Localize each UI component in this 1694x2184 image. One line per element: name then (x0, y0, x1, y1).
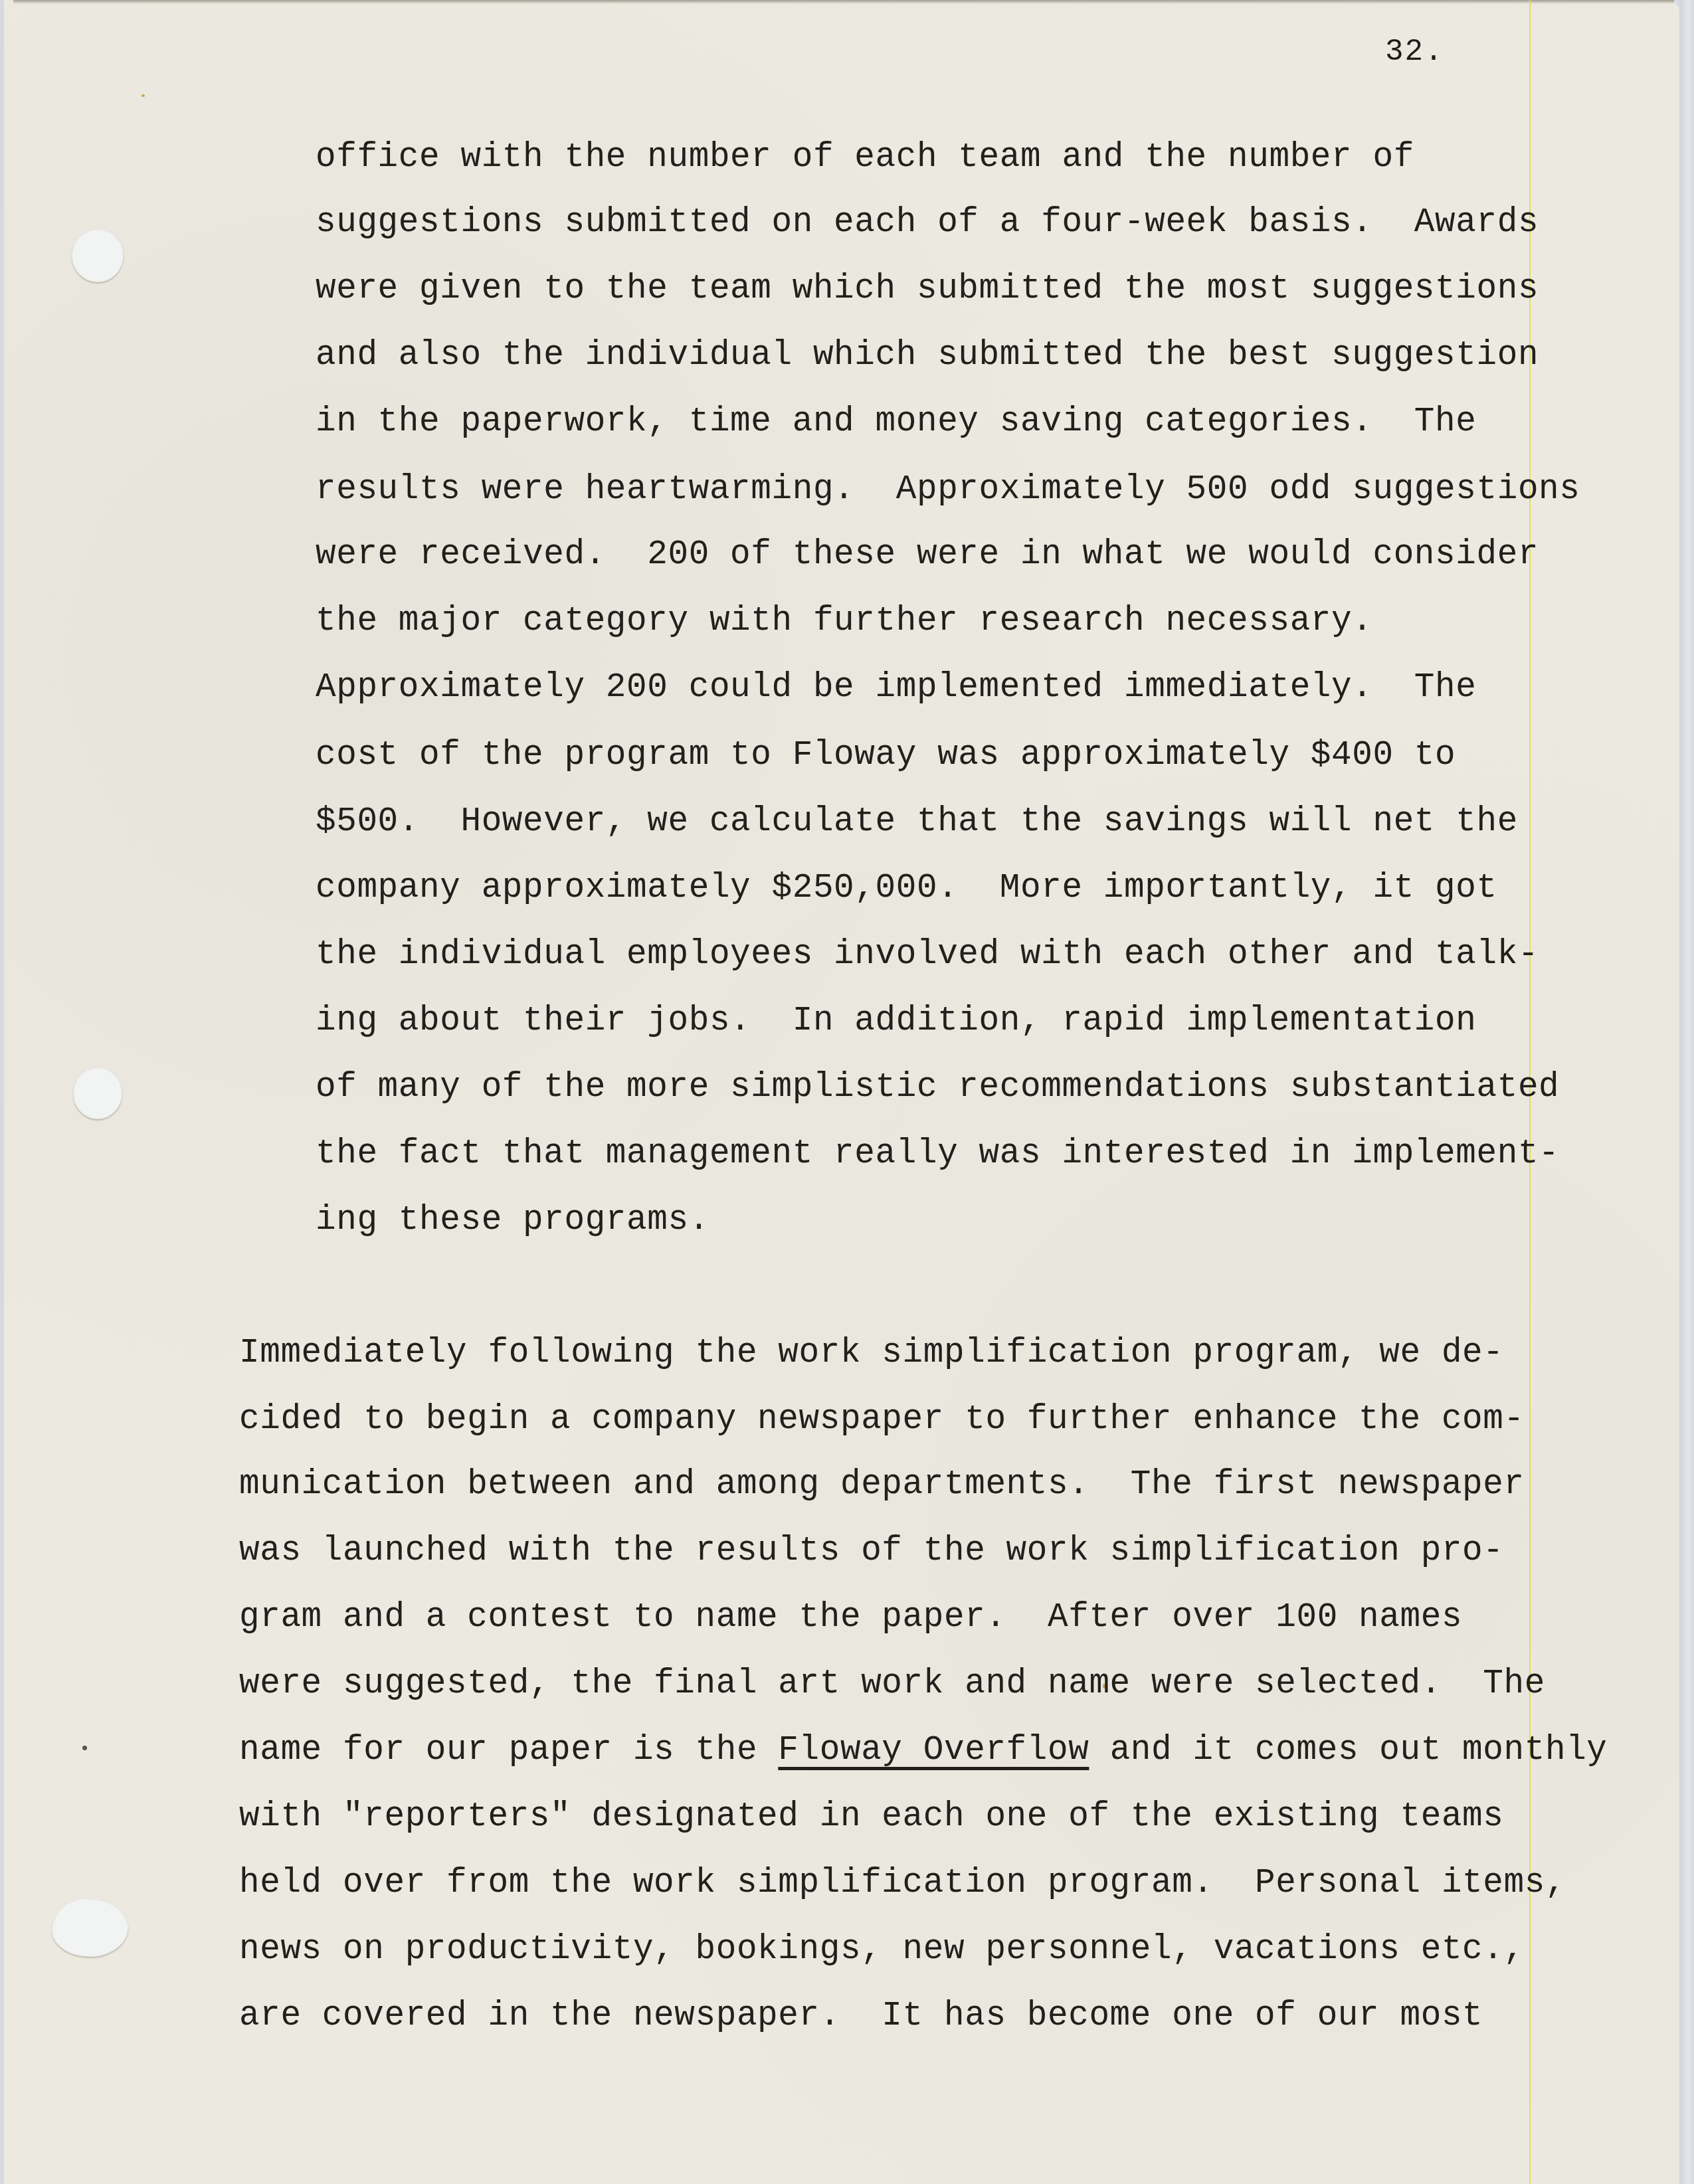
text-segment: and it comes out monthly (1089, 1732, 1607, 1770)
text-line: in the paperwork, time and money saving … (316, 405, 1476, 439)
document-page: 32. office with the number of each team … (0, 0, 1679, 2184)
text-line: was launched with the results of the wor… (239, 1534, 1504, 1568)
text-segment: name for our paper is the (239, 1732, 778, 1770)
text-line: ing these programs. (316, 1204, 709, 1237)
text-line: the major category with further research… (316, 604, 1372, 638)
text-line: and also the individual which submitted … (316, 339, 1539, 373)
text-line: results were heartwarming. Approximately… (316, 473, 1580, 507)
text-line: held over from the work simplification p… (239, 1866, 1566, 1900)
text-line: cided to begin a company newspaper to fu… (239, 1403, 1525, 1437)
text-line: office with the number of each team and … (316, 141, 1414, 175)
text-line: suggestions submitted on each of a four-… (316, 206, 1539, 240)
punch-hole-icon (52, 1898, 128, 1957)
text-line-with-title: name for our paper is the Floway Overflo… (239, 1734, 1608, 1768)
scan-edge-strip (1679, 0, 1694, 2184)
text-line: with "reporters" designated in each one … (239, 1800, 1504, 1834)
page-top-edge (13, 0, 1674, 4)
text-line: gram and a contest to name the paper. Af… (239, 1601, 1462, 1635)
punch-hole-icon (73, 1067, 122, 1119)
text-line: were received. 200 of these were in what… (316, 538, 1539, 572)
text-line: ing about their jobs. In addition, rapid… (316, 1004, 1476, 1038)
text-line: Immediately following the work simplific… (239, 1336, 1504, 1370)
punch-hole-icon (72, 229, 124, 282)
text-line: Approximately 200 could be implemented i… (316, 671, 1476, 705)
text-line: news on productivity, bookings, new pers… (239, 1933, 1525, 1967)
text-line: were suggested, the final art work and n… (239, 1667, 1545, 1701)
page-left-edge (0, 0, 4, 2184)
text-line: munication between and among departments… (239, 1468, 1525, 1502)
text-line: are covered in the newspaper. It has bec… (239, 1999, 1483, 2033)
page-number: 32. (1385, 35, 1444, 69)
text-line: the individual employees involved with e… (316, 938, 1539, 972)
text-line: the fact that management really was inte… (316, 1137, 1559, 1171)
text-line: were given to the team which submitted t… (316, 272, 1539, 306)
text-line: of many of the more simplistic recommend… (316, 1071, 1559, 1105)
text-line: company approximately $250,000. More imp… (316, 871, 1497, 905)
text-line: $500. However, we calculate that the sav… (316, 805, 1518, 839)
text-line: cost of the program to Floway was approx… (316, 739, 1456, 773)
newspaper-title: Floway Overflow (778, 1732, 1089, 1770)
paper-speck (141, 94, 145, 97)
paper-speck (82, 1746, 87, 1750)
